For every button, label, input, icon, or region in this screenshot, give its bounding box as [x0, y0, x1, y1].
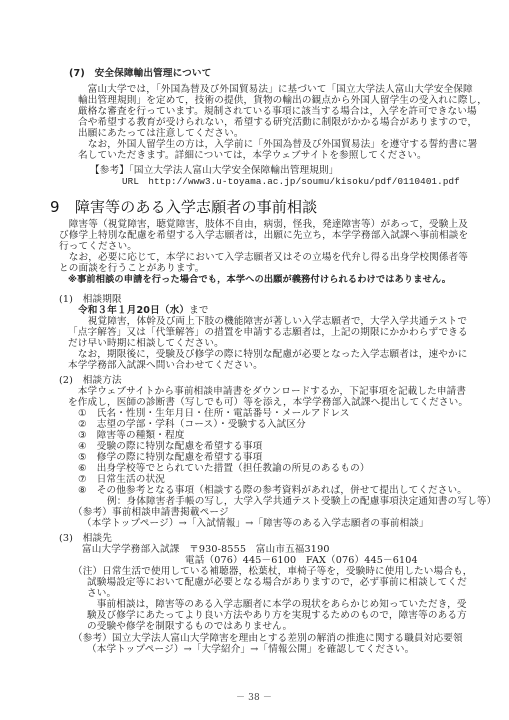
sub3-heading: (3) 相談先 — [59, 533, 112, 544]
sub1-deadline: 令和３年１月20日（水） — [78, 305, 189, 316]
sub1-line: 「点字解答」又は「代筆解答」の措置を申請する志願者は，上記の期限にかかわらずでき… — [68, 327, 468, 338]
sub1-deadline-row: 令和３年１月20日（水）まで — [78, 305, 209, 316]
sub2-item: ⑤修学の際に特別な配慮を希望する事項 — [78, 452, 262, 463]
item-number: ③ — [78, 430, 87, 441]
section7-reference-url[interactable]: URL http://www3.u-toyama.ac.jp/soumu/kis… — [122, 176, 460, 187]
sub3-reference-label: （参考）国立大学法人富山大学障害を理由とする差別の解消の推進に関する職員対応要領 — [73, 633, 463, 644]
section7-heading: (7) 安全保障輸出管理について — [69, 68, 211, 79]
item-text: 日常生活の状況 — [97, 474, 165, 485]
section9-intro-line: び修学上特別な配慮を希望する入学志願者は，出願に先立ち，本学学務部入試課へ事前相… — [59, 230, 468, 241]
section9-heading: 9 障害等のある入学志願者の事前相談 — [50, 198, 317, 216]
item-number: ④ — [78, 441, 87, 452]
item-number: ⑧ — [78, 485, 87, 496]
item-text: 出身学校等でとられていた措置（担任教諭の所見のあるもの） — [97, 463, 370, 474]
section9-intro-line: 行ってください。 — [59, 241, 137, 252]
section7-para1-line: 厳格な審査を行っています。規制されている事項に該当する場合は，入学を許可できない… — [78, 106, 477, 117]
sub3-note-line: さい。 — [87, 588, 116, 599]
sub2-item: ②志望の学部・学科（コース）・受験する入試区分 — [78, 419, 306, 430]
sub3-note-line: 試験場設定等において配慮が必要となる場合がありますので，必ず事前に相談してくだ — [87, 577, 467, 588]
sub2-item: ⑦日常生活の状況 — [78, 474, 165, 485]
sub3-note-line: の受験や修学を制限するものではありません。 — [87, 621, 292, 632]
section9-intro-line: との面談を行うことがあります。 — [59, 263, 204, 274]
sub3-office: 富山大学学務部入試課 〒930-8555 富山市五福3190 — [82, 544, 330, 555]
sub2-reference-path: （本学トップページ）→「入試情報」→「障害等のある入学志願者の事前相談」 — [82, 518, 429, 529]
section7-para1-line: 輸出管理規則」を定めて，技術の提供，貨物の輸出の観点から外国人留学生の受入れに際… — [78, 95, 487, 106]
sub1-line: 視覚障害，体幹及び両上下肢の機能障害が著しい入学志願者で，大学入学共通テストで — [78, 316, 467, 327]
sub1-line: だけ早い時期に相談してください。 — [68, 338, 224, 349]
section7-para1-line: 出願にあたっては注意してください。 — [78, 128, 244, 139]
item-text: 氏名・性別・生年月日・住所・電話番号・メールアドレス — [97, 408, 350, 419]
sub2-item: ③障害等の種類・程度 — [78, 430, 184, 441]
page-number: － 38 － — [236, 693, 272, 704]
section7-reference-label: 【参考】「国立大学法人富山大学安全保障輸出管理規則」 — [90, 165, 339, 176]
sub2-line: を作成し，医師の診断書（写しでも可）等を添え，本学学務部入試課へ提出してください… — [68, 397, 468, 408]
item-text: 志望の学部・学科（コース）・受験する入試区分 — [97, 419, 306, 430]
item-text: 修学の際に特別な配慮を希望する事項 — [97, 452, 263, 463]
sub1-deadline-suffix: まで — [189, 305, 209, 316]
section9-intro-line: 障害等（視覚障害，聴覚障害，肢体不自由，病弱，怪我，発達障害等）があって，受験上… — [59, 219, 468, 230]
sub2-item: ⑧その他参考となる事項（相談する際の参考資料があれば，併せて提出してください。 — [78, 485, 467, 496]
section7-para1-line: 合や希望する教育が受けられない，希望する研究活動に制限がかかる場合がありますので… — [78, 117, 477, 128]
item-number: ① — [78, 408, 87, 419]
item-text: 障害等の種類・程度 — [97, 430, 185, 441]
item-number: ⑥ — [78, 463, 87, 474]
sub2-item8-continuation: 例：身体障害者手帳の写し，大学入学共通テスト受験上の配慮事項決定通知書の写し等） — [107, 496, 496, 507]
sub3-note-line: （注）日常生活で使用している補聴器，松葉杖，車椅子等を，受験時に使用したい場合も… — [73, 566, 473, 577]
sub2-reference-label: （参考）事前相談申請書掲載ページ — [73, 507, 229, 518]
sub1-line: なお，期限後に，受験及び修学の際に特別な配慮が必要となった入学志願者は，速やかに — [68, 349, 468, 360]
sub3-note-line: 事前相談は，障害等のある入学志願者に本学の現状をあらかじめ知っていただき，受 — [87, 599, 467, 610]
item-number: ⑦ — [78, 474, 87, 485]
sub3-reference-path: （本学トップページ）→「大学紹介」→「情報公開」を確認してください。 — [87, 644, 414, 655]
section9-intro-line: なお，必要に応じて，本学において入学志願者又はその立場を代弁し得る出身学校関係者… — [59, 252, 468, 263]
sub2-item: ⑥出身学校等でとられていた措置（担任教諭の所見のあるもの） — [78, 463, 370, 474]
item-number: ② — [78, 419, 87, 430]
sub2-item: ①氏名・性別・生年月日・住所・電話番号・メールアドレス — [78, 408, 350, 419]
item-number: ⑤ — [78, 452, 87, 463]
item-text: 受験の際に特別な配慮を希望する事項 — [97, 441, 263, 452]
sub3-note-line: 験及び修学にあたってより良い方法やあり方を実現するためのもので，障害等のある方 — [87, 610, 467, 621]
sub1-heading: (1) 相談期限 — [59, 294, 122, 305]
sub3-phone: 電話（076）445－6100 FAX（076）445－6104 — [185, 555, 418, 566]
sub2-item: ④受験の際に特別な配慮を希望する事項 — [78, 441, 262, 452]
section9-notice: ※事前相談の申請を行った場合でも，本学への出願が義務付けられるわけではありません… — [68, 274, 451, 285]
item-text: その他参考となる事項（相談する際の参考資料があれば，併せて提出してください。 — [97, 485, 467, 496]
section7-para1-line: 富山大学では，「外国為替及び外国貿易法」に基づいて「国立大学法人富山大学安全保障 — [78, 84, 473, 95]
sub2-line: 本学ウェブサイトから事前相談申請書をダウンロードするか，下記事項を記載した申請書 — [68, 386, 466, 397]
section7-para2-line: なお，外国人留学生の方は，入学前に「外国為替及び外国貿易法」を遵守する誓約書に署 — [78, 139, 478, 150]
sub1-line: 本学学務部入試課へ問い合わせてください。 — [68, 360, 263, 371]
section7-para2-line: 名していただきます。詳細については，本学ウェブサイトを参照してください。 — [78, 150, 427, 161]
sub2-heading: (2) 相談方法 — [59, 375, 122, 386]
